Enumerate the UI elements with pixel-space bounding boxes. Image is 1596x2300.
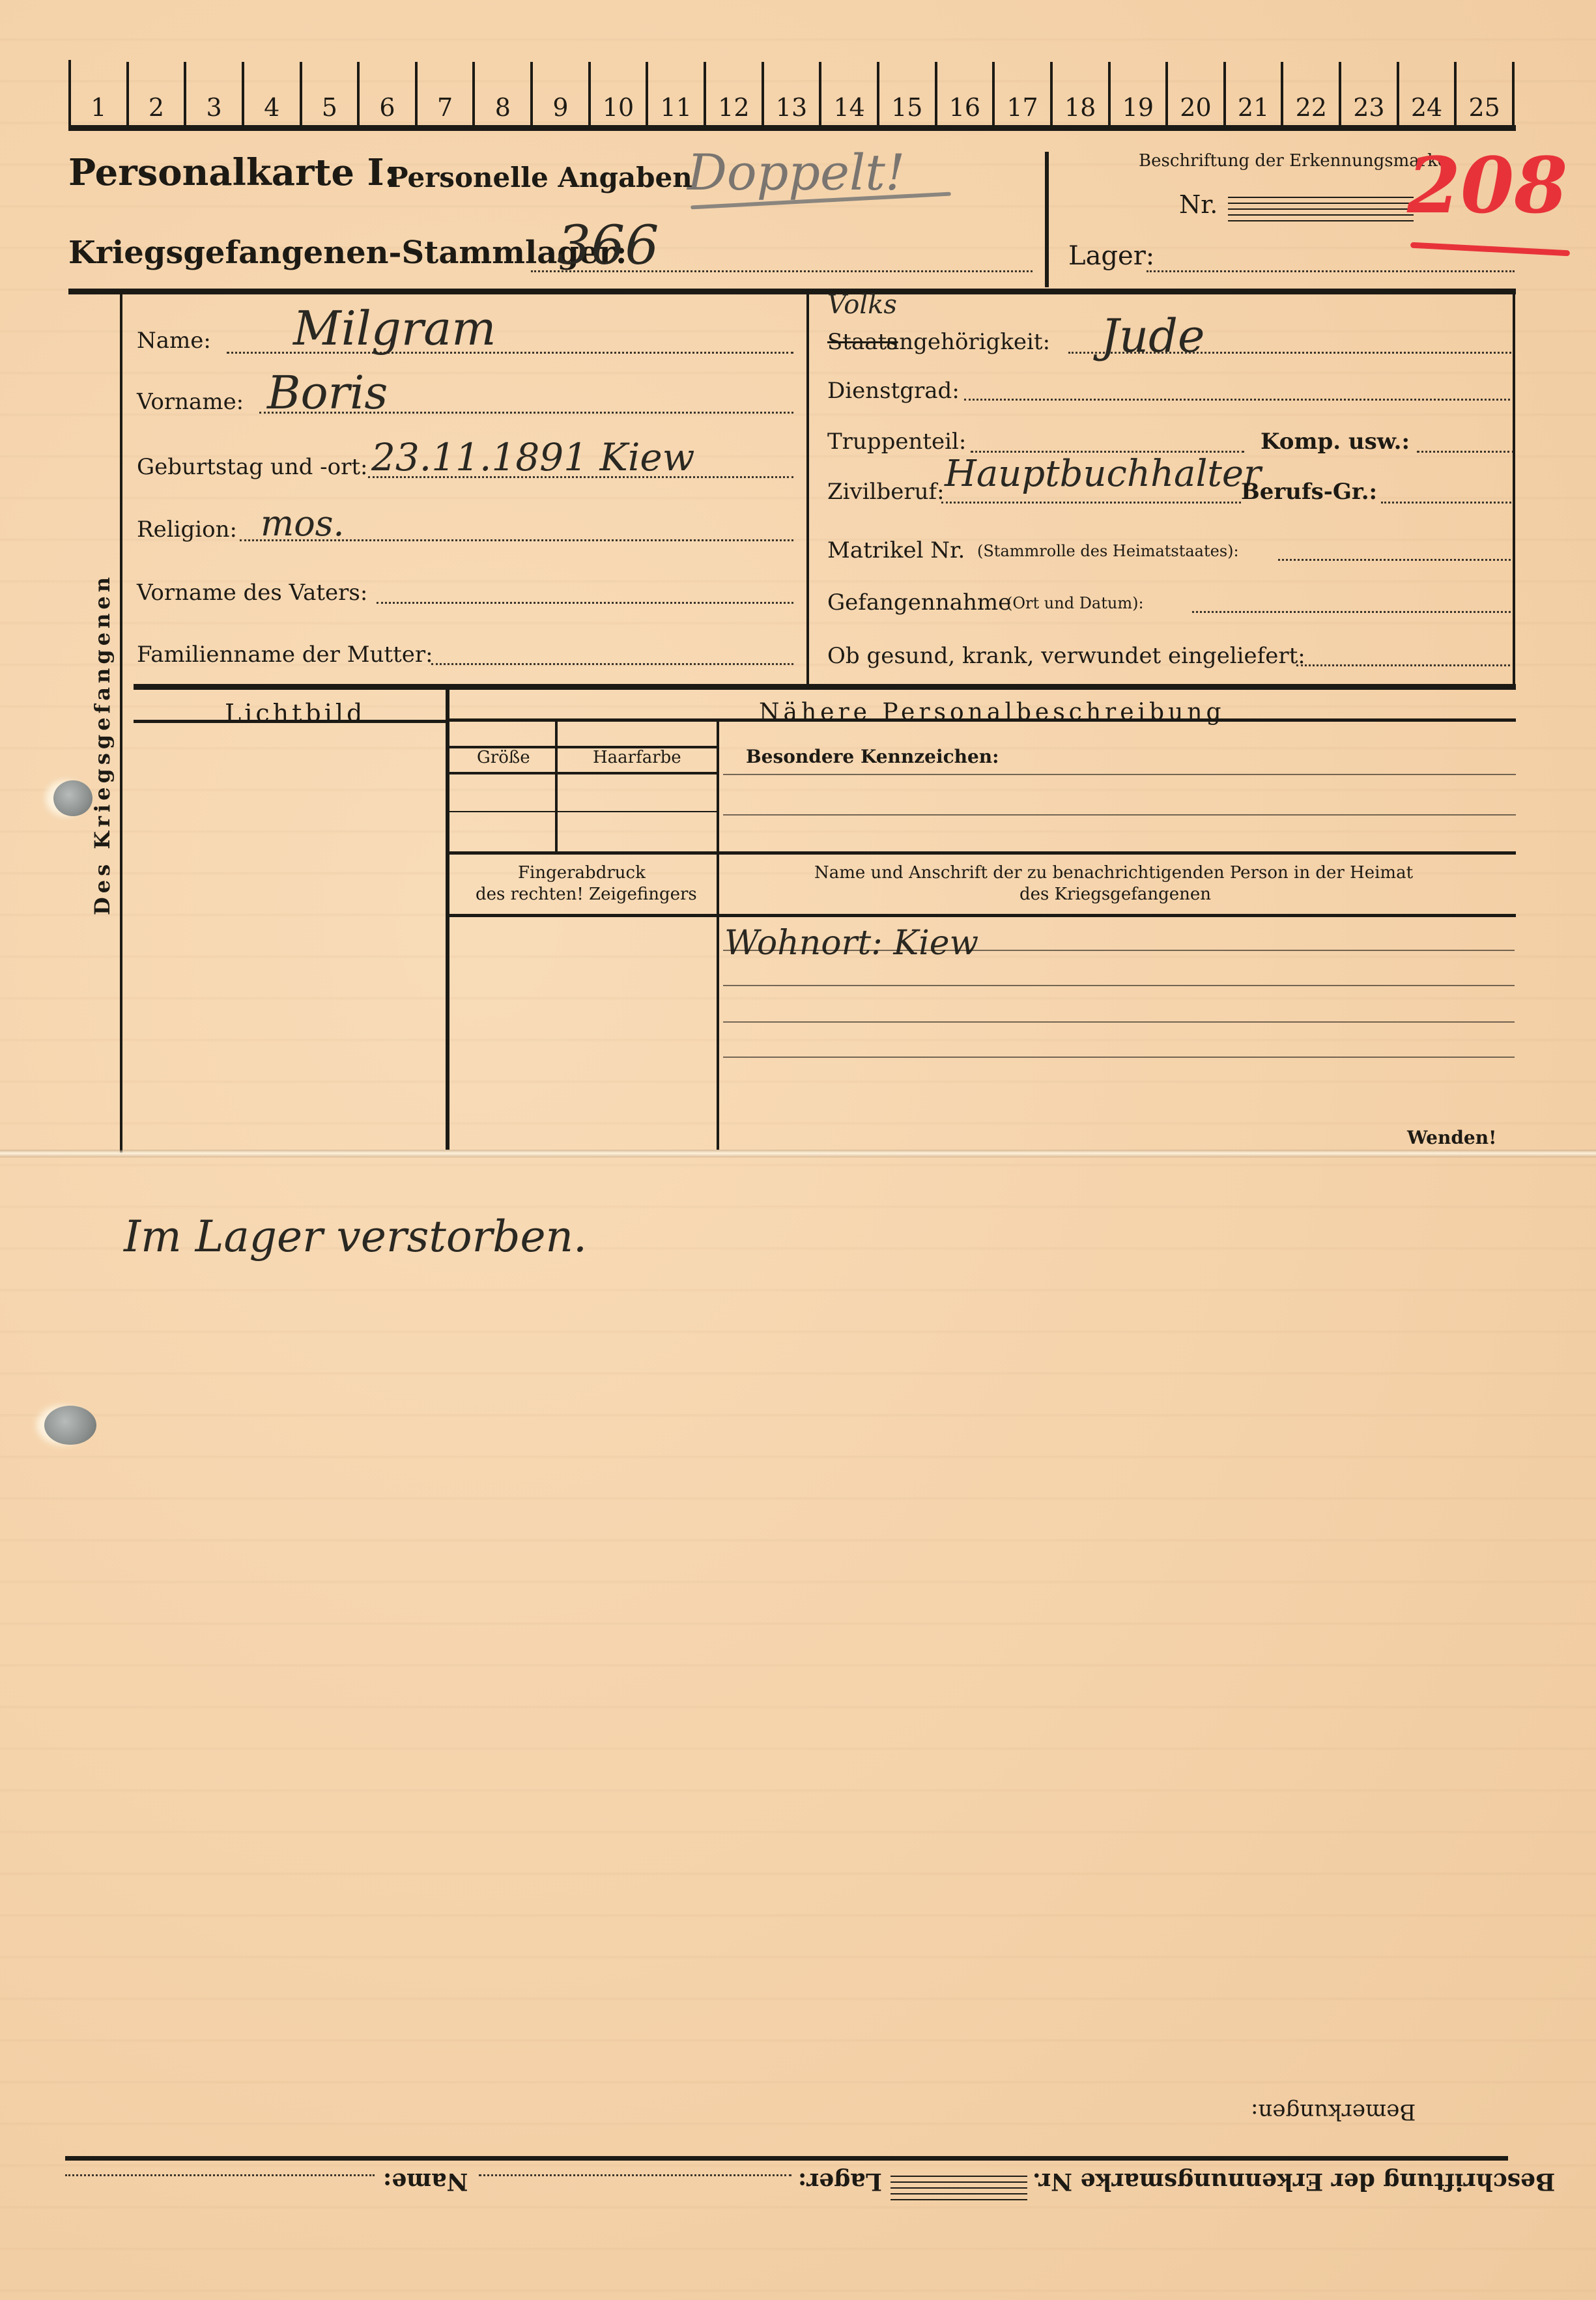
ruler-cell: 17 (995, 62, 1053, 127)
name-dotline-left[interactable] (65, 2174, 375, 2176)
height-input[interactable] (449, 775, 554, 811)
field-label: Ob gesund, krank, verwundet eingeliefert… (827, 643, 1305, 669)
height-header: Größe (477, 748, 530, 767)
name-dotline-right[interactable] (479, 2174, 791, 2176)
section-rule (134, 684, 1516, 690)
ruler-cell: 18 (1053, 62, 1111, 127)
ruler-cell: 15 (879, 62, 937, 127)
punch-hole-top (53, 780, 93, 816)
ruler-cell: 11 (648, 62, 706, 127)
ruler-cell: 23 (1341, 62, 1399, 127)
contact-line[interactable] (723, 985, 1515, 986)
height-hair-rule (449, 746, 717, 748)
ruler-baseline (68, 125, 1516, 131)
field-label: Geburtstag und -ort: (137, 454, 368, 480)
field-label: Vorname des Vaters: (137, 580, 367, 606)
ruler-cell: 3 (186, 62, 244, 127)
fingerprint-top-rule (449, 851, 1516, 855)
field-dotline[interactable] (1278, 559, 1515, 561)
contact-header-1: Name und Anschrift der zu benachrichtige… (814, 863, 1413, 883)
height-hair-midline (449, 811, 717, 812)
ruler-cell: 25 (1457, 62, 1515, 127)
tag-lager-label: Lager: (1068, 241, 1154, 271)
section-header-rule (449, 718, 1516, 722)
group-dotline[interactable] (1381, 502, 1515, 504)
group-label: Berufs-Gr.: (1241, 479, 1377, 505)
nationality-inserted: Volks (827, 290, 897, 320)
field-label: Vorname: (137, 389, 244, 415)
height-hair-divider (555, 720, 558, 853)
ruler-cell: 16 (937, 62, 995, 127)
photo-header: Lichtbild (225, 699, 365, 728)
header-divider (1045, 152, 1049, 287)
camp-dotline (531, 270, 1033, 272)
left-margin-line (120, 294, 122, 1153)
field-label: Matrikel Nr. (827, 537, 965, 563)
field-label: angehörigkeit: (886, 329, 1050, 355)
field-sublabel: (Ort und Datum): (1006, 594, 1144, 612)
company-label: Komp. usw.: (1261, 429, 1410, 455)
field-dotline[interactable] (431, 663, 793, 665)
ruler-cell: 19 (1111, 62, 1169, 127)
field-label: Zivilberuf: (827, 479, 945, 505)
side-label: Des Kriegsgefangenen (90, 573, 115, 915)
ruler-cell: 4 (244, 62, 302, 127)
field-label: Gefangennahme (827, 589, 1011, 616)
field-sublabel: (Stammrolle des Heimatstaates): (977, 542, 1239, 560)
hair-input[interactable] (559, 775, 715, 811)
field-value-religion[interactable]: mos. (261, 503, 345, 544)
card-subtitle: Personelle Angaben (388, 162, 692, 193)
field-value-name[interactable]: Milgram (293, 301, 496, 356)
company-dotline[interactable] (1417, 451, 1515, 453)
field-value-birth[interactable]: 23.11.1891 Kiew (371, 435, 694, 479)
ruler-cell: 24 (1399, 62, 1457, 127)
field-value-occupation[interactable]: Hauptbuchhalter (945, 453, 1261, 495)
right-border (1513, 294, 1515, 685)
turn-over-note: Wenden! (1407, 1127, 1496, 1148)
contact-value[interactable]: Wohnort: Kiew (724, 924, 978, 963)
camp-value[interactable]: 366 (557, 215, 659, 277)
field-dotline[interactable] (1192, 611, 1515, 613)
ruler-cell: 22 (1283, 62, 1341, 127)
field-label: Truppenteil: (827, 429, 966, 455)
contact-line[interactable] (723, 1021, 1515, 1023)
ruler-cell: 2 (129, 62, 187, 127)
ruler-cell: 10 (591, 62, 649, 127)
card-title: Personalkarte I: (68, 151, 397, 194)
ruler-cell: 7 (418, 62, 476, 127)
field-label: Dienstgrad: (827, 378, 960, 404)
ruler-cell: 12 (706, 62, 764, 127)
photo-divider (446, 689, 449, 1150)
fold-crease (0, 1150, 1596, 1157)
marks-line[interactable] (723, 774, 1516, 775)
tag-nr-value[interactable]: 208 (1407, 140, 1567, 231)
field-dotline[interactable] (1296, 664, 1515, 666)
pencil-note-doppelt: Doppelt! (687, 143, 905, 201)
ruler-cell: 6 (360, 62, 418, 127)
field-label: Name: (137, 328, 211, 354)
camp-label: Kriegsgefangenen-Stammlager: (68, 234, 627, 271)
contact-header-rule (449, 914, 1516, 917)
marks-line[interactable] (723, 814, 1516, 816)
height-hair-rule (449, 772, 717, 774)
bottom-rule (65, 2156, 1508, 2161)
contact-line[interactable] (723, 1057, 1515, 1058)
lager-label-inverted: Lager: (798, 2168, 882, 2195)
field-dotline[interactable] (377, 602, 793, 604)
contact-line[interactable] (723, 950, 1515, 951)
field-label: Religion: (137, 517, 237, 543)
fingerprint-header-1: Fingerabdruck (518, 863, 646, 883)
field-value-first-name[interactable]: Boris (267, 366, 388, 419)
remarks-handwritten[interactable]: Im Lager verstorben. (124, 1212, 587, 1262)
header-rule (68, 289, 1516, 294)
ruler-cell: 21 (1226, 62, 1284, 127)
name-label-inverted: Name: (383, 2168, 468, 2195)
field-dotline[interactable] (941, 502, 1241, 504)
ruler-cell: 1 (71, 62, 129, 127)
field-dotline[interactable] (964, 399, 1515, 401)
tag-lager-dotline[interactable] (1147, 270, 1515, 272)
tag-nr-label: Nr. (1179, 190, 1218, 219)
middle-divider (806, 294, 809, 685)
field-value-nationality[interactable]: Jude (1101, 309, 1204, 363)
punch-hole-bottom (44, 1406, 96, 1445)
ruler-cell: 5 (302, 62, 360, 127)
fingerprint-header-2: des rechten! Zeigefingers (476, 885, 697, 904)
ruler-cell: 8 (475, 62, 533, 127)
marks-label: Besondere Kennzeichen: (746, 746, 999, 767)
hair-header: Haarfarbe (593, 748, 681, 767)
ruler-cell: 14 (821, 62, 879, 127)
tag-label-inverted: Beschriftung der Erkennungsmarke Nr. (1033, 2168, 1555, 2195)
ruler-cell: 20 (1168, 62, 1226, 127)
description-divider (717, 722, 719, 1150)
tag-caption: Beschriftung der Erkennungsmarke (1139, 151, 1447, 171)
ruler-cell: 9 (533, 62, 591, 127)
contact-header-2: des Kriegsgefangenen (1019, 885, 1211, 904)
ruler-cell: 13 (764, 62, 822, 127)
photo-header-rule (134, 720, 446, 723)
remarks-label-inverted: Bemerkungen: (1251, 2099, 1416, 2125)
red-underline (1410, 242, 1570, 257)
field-label: Familienname der Mutter: (137, 642, 433, 668)
